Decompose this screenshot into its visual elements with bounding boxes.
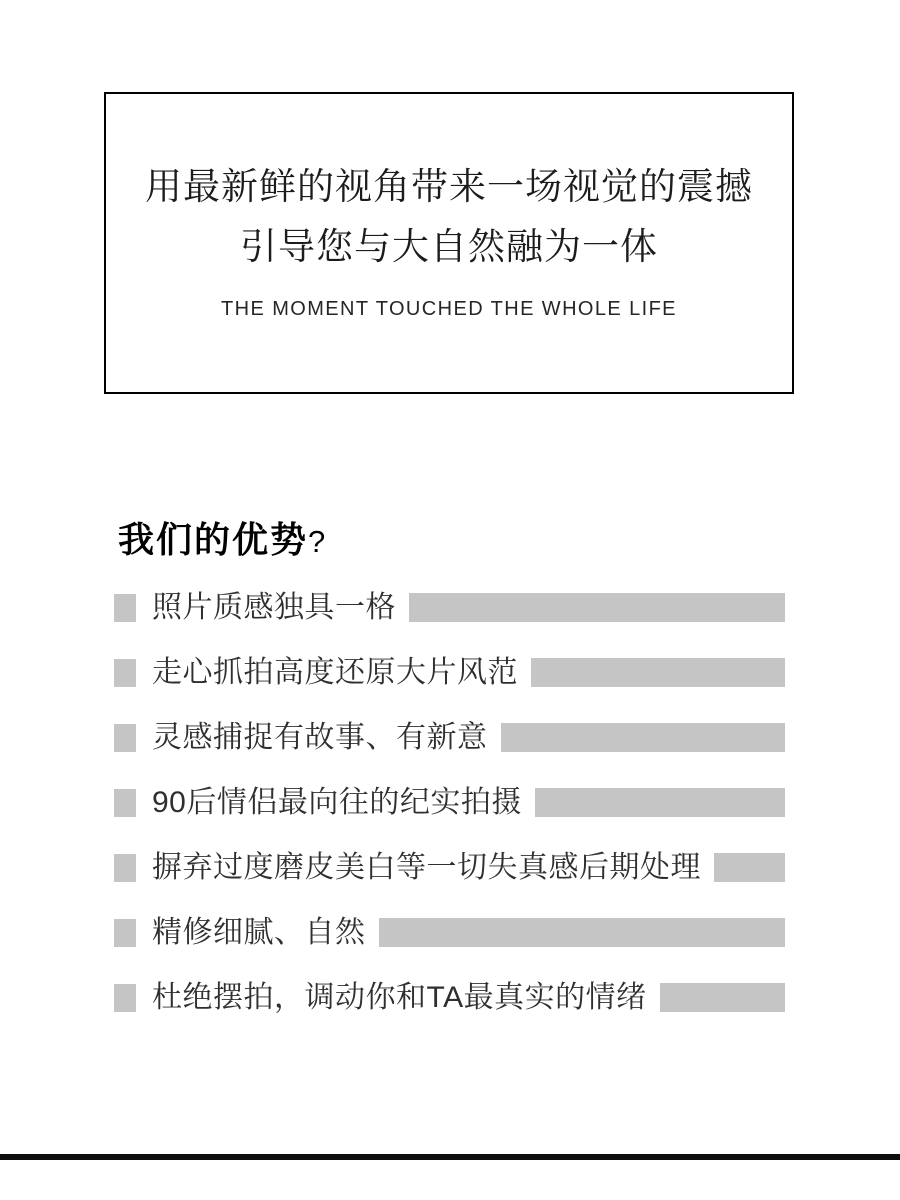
list-item: 摒弃过度磨皮美白等一切失真感后期处理 [114, 853, 785, 882]
hero-slogan-english: THE MOMENT TOUCHED THE WHOLE LIFE [221, 299, 677, 319]
placeholder-bar [714, 853, 785, 882]
placeholder-bar [531, 658, 785, 687]
bullet-square-icon [114, 724, 136, 752]
hero-slogan-box: 用最新鲜的视角带来一场视觉的震撼 引导您与大自然融为一体 THE MOMENT … [104, 92, 794, 394]
bottom-divider-rule [0, 1154, 900, 1160]
bullet-square-icon [114, 594, 136, 622]
list-item: 走心抓拍高度还原大片风范 [114, 658, 785, 687]
advantages-heading-text: 我们的优势 [118, 519, 308, 560]
bullet-square-icon [114, 789, 136, 817]
advantages-heading: 我们的优势? [118, 520, 325, 560]
list-item-text: 走心抓拍高度还原大片风范 [152, 658, 518, 688]
placeholder-bar [379, 918, 786, 947]
placeholder-bar [660, 983, 785, 1012]
advantages-list: 照片质感独具一格 走心抓拍高度还原大片风范 灵感捕捉有故事、有新意 90后情侣最… [114, 593, 785, 1012]
placeholder-bar [501, 723, 786, 752]
list-item-text: 杜绝摆拍，调动你和TA最真实的情绪 [152, 983, 647, 1013]
list-item: 照片质感独具一格 [114, 593, 785, 622]
list-item-text: 90后情侣最向往的纪实拍摄 [152, 788, 522, 818]
hero-slogan-line2: 引导您与大自然融为一体 [240, 228, 658, 265]
list-item-text: 精修细腻、自然 [152, 918, 366, 948]
list-item-text: 灵感捕捉有故事、有新意 [152, 723, 488, 753]
bullet-square-icon [114, 984, 136, 1012]
list-item-text: 摒弃过度磨皮美白等一切失真感后期处理 [152, 853, 701, 883]
hero-slogan-line1: 用最新鲜的视角带来一场视觉的震撼 [145, 168, 753, 205]
placeholder-bar [535, 788, 785, 817]
bullet-square-icon [114, 919, 136, 947]
advantages-heading-question-mark: ? [308, 524, 325, 559]
bullet-square-icon [114, 854, 136, 882]
list-item: 杜绝摆拍，调动你和TA最真实的情绪 [114, 983, 785, 1012]
list-item: 90后情侣最向往的纪实拍摄 [114, 788, 785, 817]
list-item: 精修细腻、自然 [114, 918, 785, 947]
list-item-text: 照片质感独具一格 [152, 593, 396, 623]
list-item: 灵感捕捉有故事、有新意 [114, 723, 785, 752]
placeholder-bar [409, 593, 785, 622]
bullet-square-icon [114, 659, 136, 687]
